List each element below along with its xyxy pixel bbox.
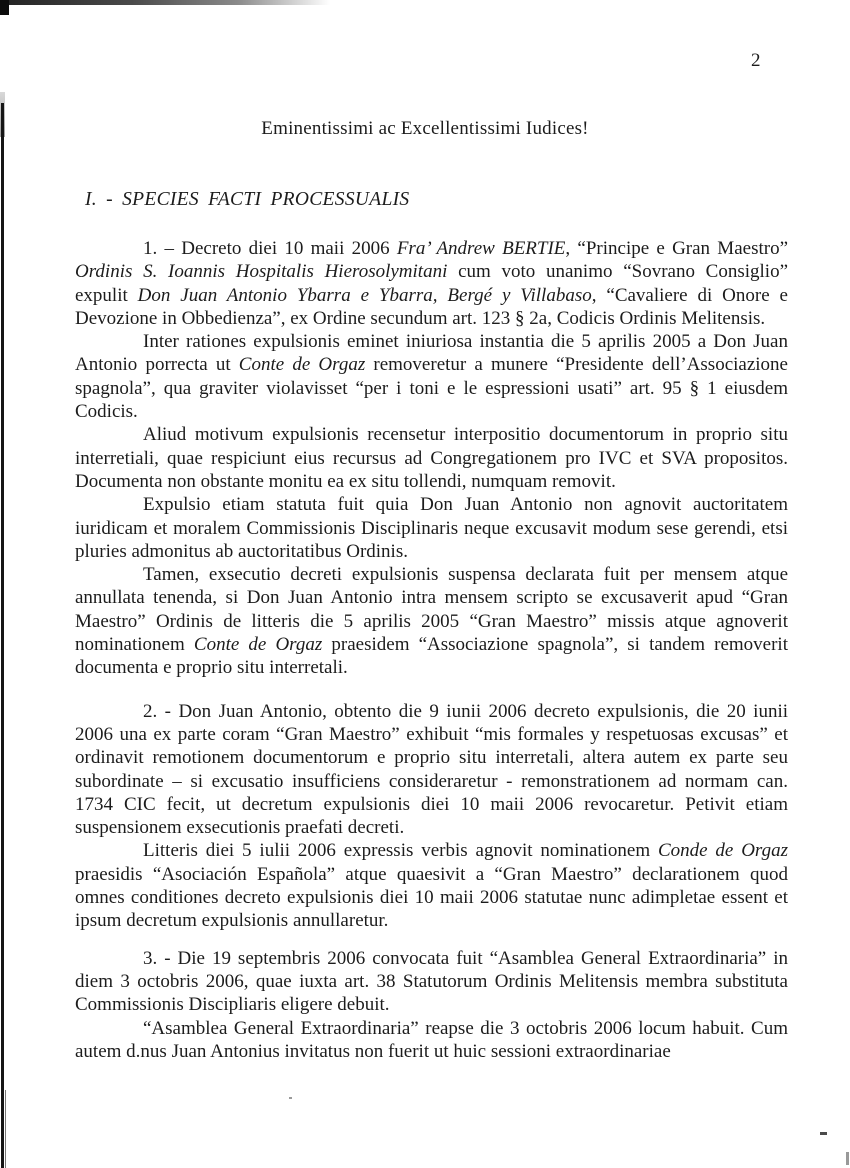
section-heading: I. - SPECIES FACTI PROCESSUALIS: [85, 189, 409, 211]
italic-text-segment: Don Juan Antonio Ybarra e Ybarra, Bergé …: [138, 285, 592, 306]
text-segment: 2. - Don Juan Antonio, obtento die 9 iun…: [75, 701, 788, 838]
paragraph-5-tamen: Tamen, exsecutio decreti expulsionis sus…: [75, 563, 788, 679]
scan-artifact-left-edge-line: [1, 103, 4, 1168]
scan-artifact-speck: [846, 1152, 849, 1165]
text-segment: “Asamblea General Extraordinaria” reapse…: [75, 1018, 788, 1062]
text-segment: Aliud motivum expulsionis recensetur int…: [75, 424, 788, 492]
paragraph-1-decretum: 1. – Decreto diei 10 maii 2006 Fra’ Andr…: [75, 237, 788, 330]
document-page: 2 Eminentissimi ac Excellentissimi Iudic…: [0, 0, 850, 1168]
paragraph-8-asamblea-convocata: 3. - Die 19 septembris 2006 convocata fu…: [75, 947, 788, 1017]
italic-text-segment: Ordinis S. Ioannis Hospitalis Hierosolym…: [75, 261, 447, 282]
text-segment: praesidis “Asociación Española” atque qu…: [75, 864, 788, 932]
text-segment: 1. – Decreto diei 10 maii 2006: [143, 238, 397, 259]
salutation-heading: Eminentissimi ac Excellentissimi Iudices…: [0, 118, 850, 140]
text-segment: , “Principe e Gran Maestro”: [565, 238, 788, 259]
scan-artifact-top-left-corner: [0, 0, 9, 15]
paragraph-4-expulsio-etiam: Expulsio etiam statuta fuit quia Don Jua…: [75, 493, 788, 563]
paragraph-2-inter-rationes: Inter rationes expulsionis eminet iniuri…: [75, 330, 788, 423]
scan-artifact-speck: [289, 1097, 292, 1099]
page-number: 2: [751, 50, 761, 72]
scan-artifact-left-edge-line-secondary: [5, 1090, 6, 1168]
text-segment: Expulsio etiam statuta fuit quia Don Jua…: [75, 494, 788, 562]
italic-text-segment: Conte de Orgaz: [194, 634, 322, 655]
paragraph-9-asamblea-habuit: “Asamblea General Extraordinaria” reapse…: [75, 1017, 788, 1064]
paragraph-7-litteris: Litteris diei 5 iulii 2006 expressis ver…: [75, 839, 788, 932]
text-segment: 3. - Die 19 septembris 2006 convocata fu…: [75, 948, 788, 1016]
italic-text-segment: Conde de Orgaz: [658, 840, 788, 861]
paragraph-6-don-juan-antonio: 2. - Don Juan Antonio, obtento die 9 iun…: [75, 700, 788, 840]
scan-artifact-speck: [820, 1132, 827, 1135]
italic-text-segment: Fra’ Andrew BERTIE: [397, 238, 566, 259]
document-body: 1. – Decreto diei 10 maii 2006 Fra’ Andr…: [75, 237, 788, 1063]
scan-artifact-top-strip: [0, 0, 330, 5]
text-segment: Litteris diei 5 iulii 2006 expressis ver…: [143, 840, 658, 861]
paragraph-3-aliud-motivum: Aliud motivum expulsionis recensetur int…: [75, 423, 788, 493]
italic-text-segment: Conte de Orgaz: [239, 354, 365, 375]
